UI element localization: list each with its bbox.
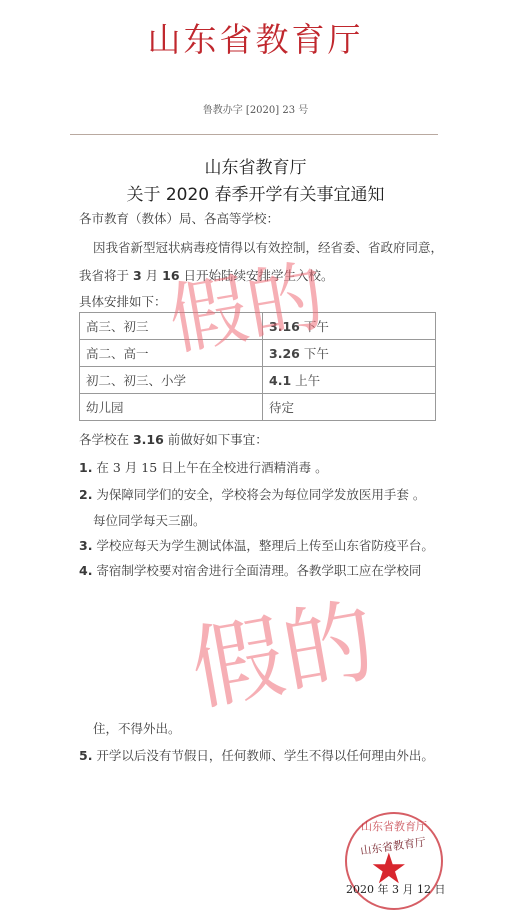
list-item: 4. 寄宿制学校要对宿舍进行全面清理。各教学职工应在学校同: [79, 561, 421, 579]
item-number: 4.: [79, 563, 92, 578]
text-segment: 我省将于: [79, 268, 133, 283]
grades-cell: 幼儿园: [80, 394, 263, 421]
text-segment: 月: [142, 268, 162, 283]
table-row: 初二、初三、小学 4.1 上午: [80, 367, 436, 394]
issuing-authority-header: 山东省教育厅: [0, 14, 511, 61]
item-text: 为保障同学们的安全，学校将会为每位同学发放医用手套 。: [92, 487, 425, 502]
item-text: 每位同学每天三副。: [93, 513, 206, 528]
text-segment: 前做好如下事宜：: [164, 432, 268, 447]
month-value: 3: [133, 268, 142, 283]
seal-arc-text: 山东省教育厅: [352, 818, 436, 834]
time-cell: 4.1 上午: [263, 367, 436, 394]
list-item: 2. 为保障同学们的安全，学校将会为每位同学发放医用手套 。: [79, 485, 425, 503]
schedule-intro: 具体安排如下：: [79, 292, 167, 310]
list-item-continuation: 每位同学每天三副。: [93, 511, 206, 529]
item-number: 3.: [79, 538, 92, 553]
item-text: 在 3 月 15 日上午在全校进行酒精消毒 。: [92, 460, 327, 475]
item-text: 开学以后没有节假日，任何教师、学生不得以任何理由外出。: [92, 748, 433, 763]
item-text: 学校应每天为学生测试体温，整理后上传至山东省防疫平台。: [92, 538, 433, 553]
item-number: 2.: [79, 487, 92, 502]
period-value: 上午: [291, 373, 320, 388]
fake-watermark-bottom: 假的: [180, 567, 384, 729]
notice-title-org: 山东省教育厅: [0, 153, 511, 178]
grades-cell: 初二、初三、小学: [80, 367, 263, 394]
document-number: 鲁教办字 [2020] 23 号: [0, 101, 511, 116]
issue-date: 2020 年 3 月 12 日: [346, 881, 445, 897]
list-item: 3. 学校应每天为学生测试体温，整理后上传至山东省防疫平台。: [79, 536, 434, 554]
item-text: 寄宿制学校要对宿舍进行全面清理。各教学职工应在学校同: [92, 563, 421, 578]
item-number: 5.: [79, 748, 92, 763]
table-row: 幼儿园 待定: [80, 394, 436, 421]
salutation: 各市教育（教体）局、各高等学校：: [79, 209, 279, 227]
date-value: 4.1: [269, 373, 291, 388]
notice-title: 关于 2020 春季开学有关事宜通知: [0, 180, 511, 205]
text-segment: 各学校在: [79, 432, 133, 447]
item-text: 住，不得外出。: [93, 721, 181, 736]
list-item-continuation: 住，不得外出。: [93, 719, 181, 737]
list-item: 1. 在 3 月 15 日上午在全校进行酒精消毒 。: [79, 458, 328, 476]
header-divider: [70, 134, 438, 135]
date-value: 3.16: [133, 432, 164, 447]
period-value: 待定: [269, 400, 294, 415]
prep-intro: 各学校在 3.16 前做好如下事宜：: [79, 430, 268, 448]
item-number: 1.: [79, 460, 92, 475]
time-cell: 待定: [263, 394, 436, 421]
list-item: 5. 开学以后没有节假日，任何教师、学生不得以任何理由外出。: [79, 746, 434, 764]
